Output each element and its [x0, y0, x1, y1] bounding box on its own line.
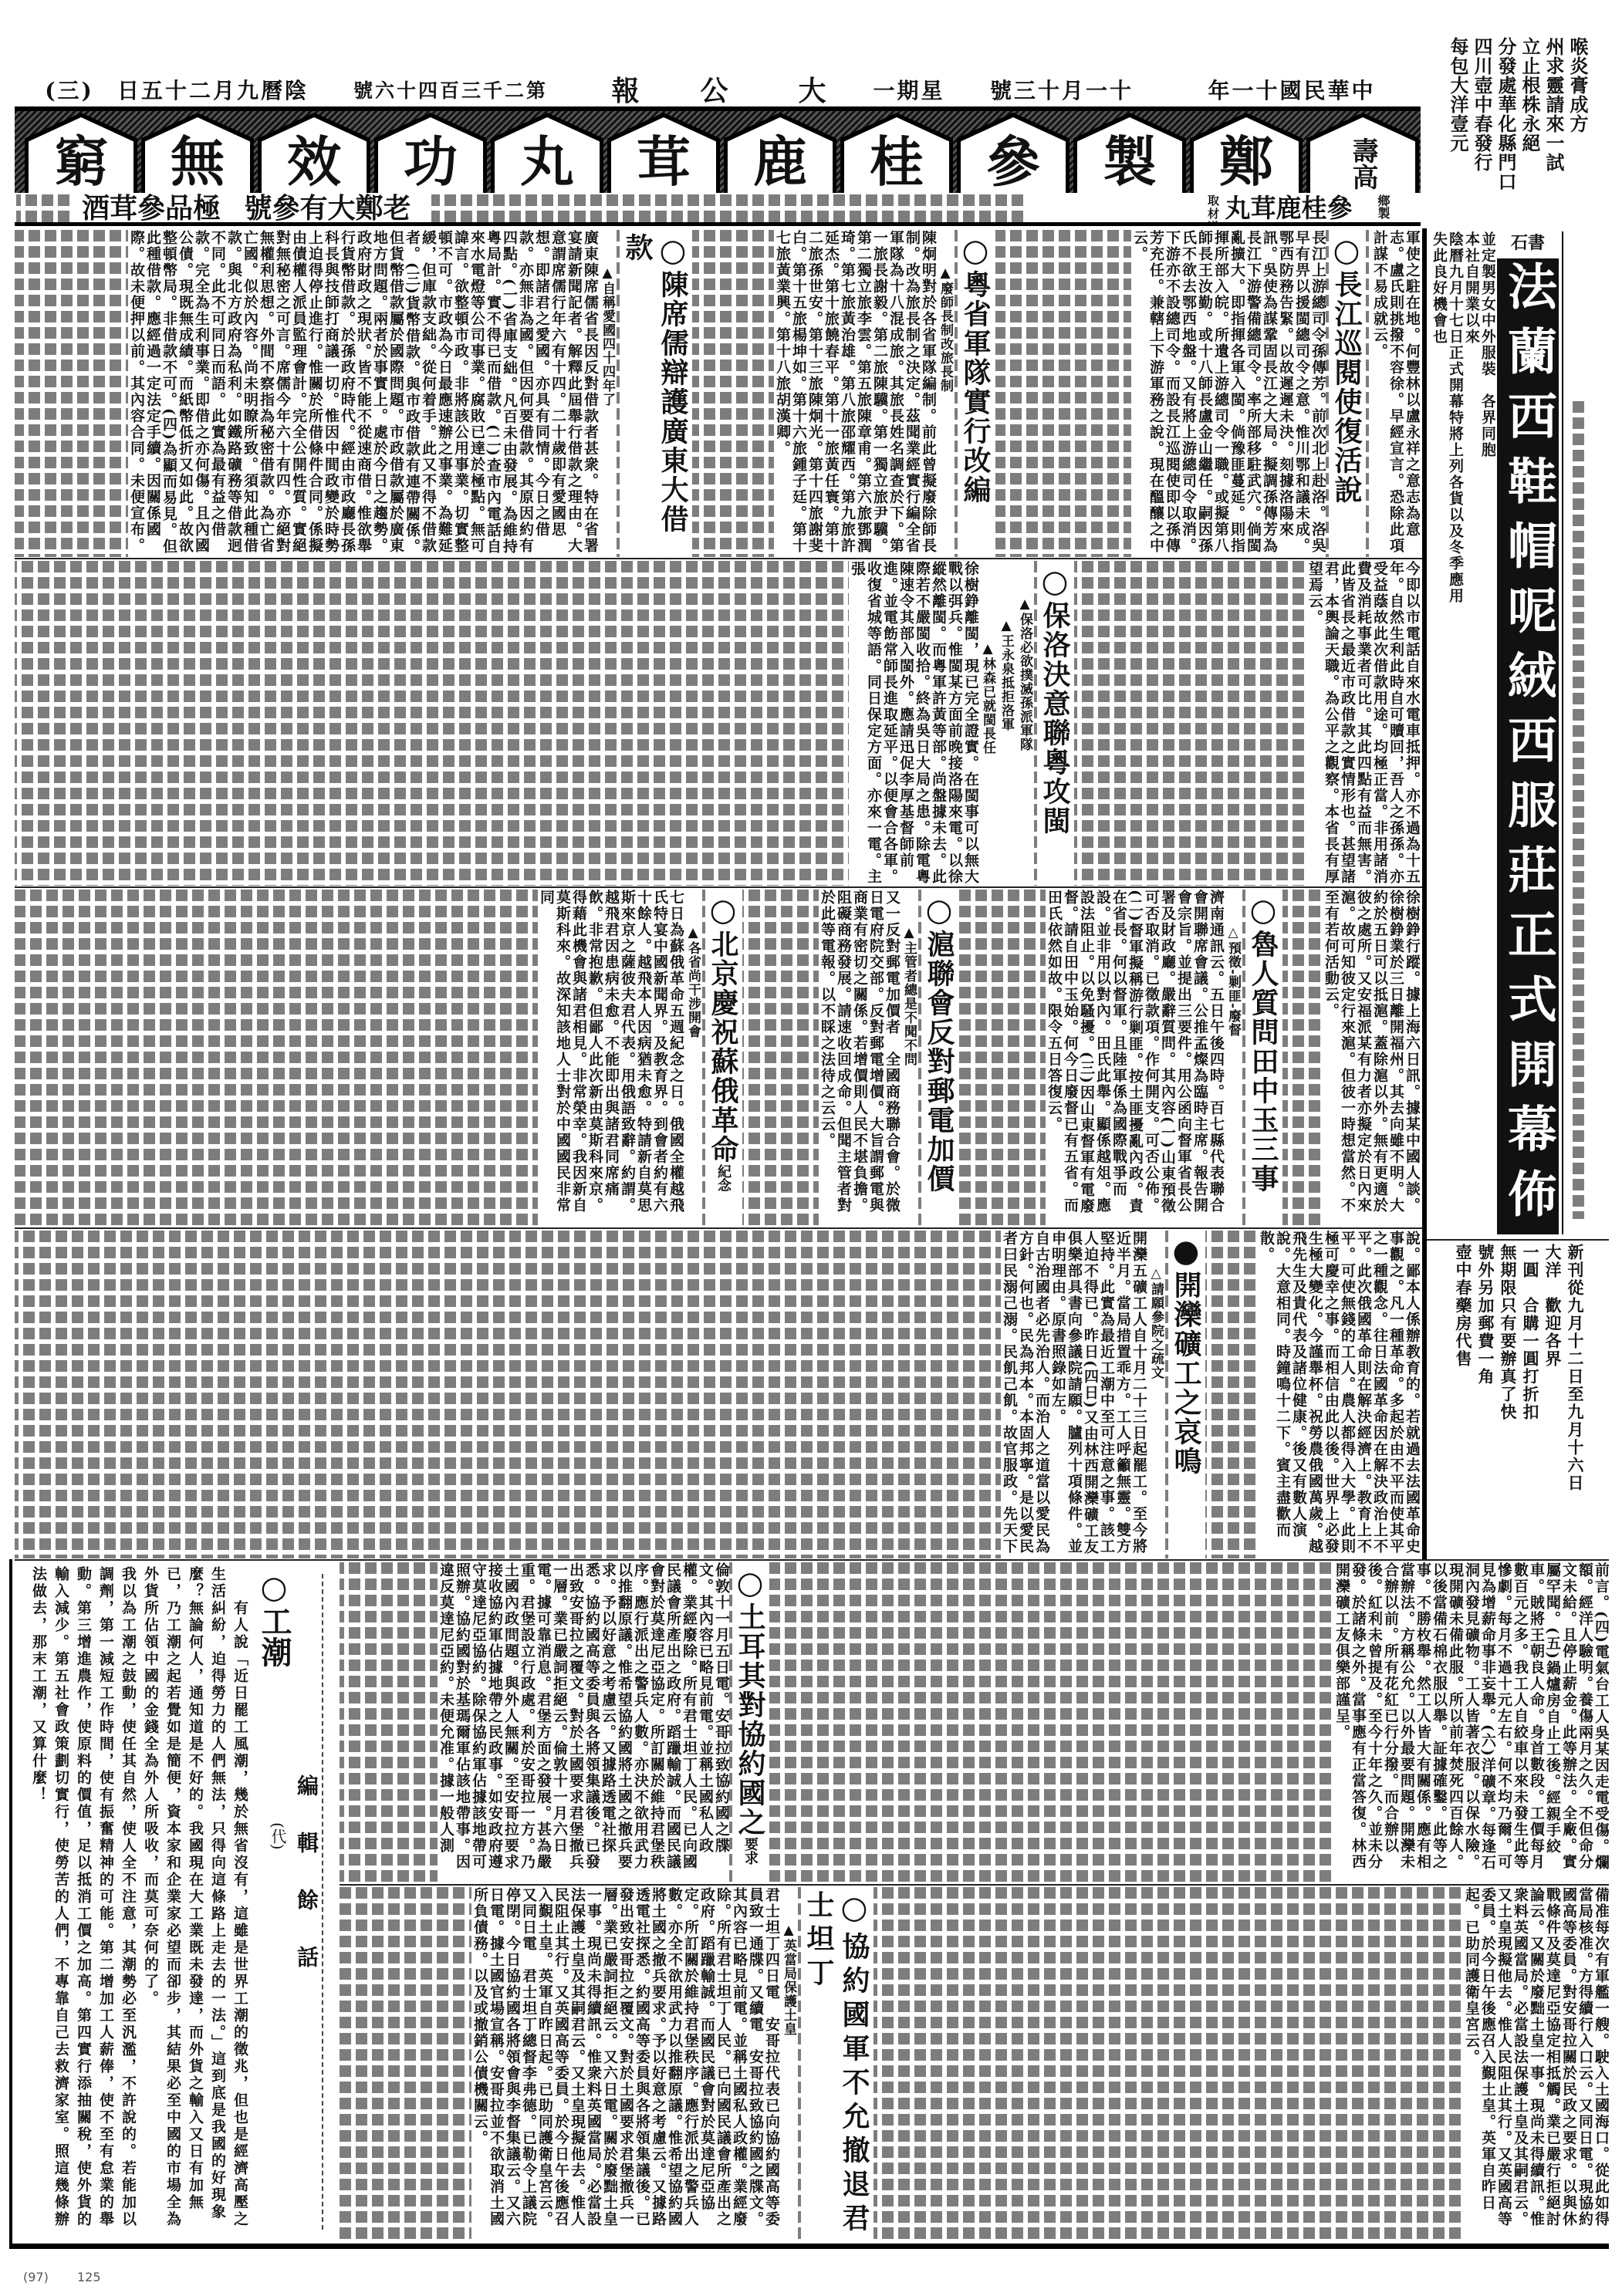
article-title-note: 要求: [742, 1837, 759, 1865]
tier-4: 說。鄙本人係辦教育的。若就過去法國革命史事觀之。凡一種革命。多起於由不平而使其平…: [0, 1231, 1622, 1558]
article-title: 開灤礦工之哀鳴: [1170, 1271, 1202, 1476]
article-subheading: ▲自稱愛國四十四年了: [598, 230, 617, 557]
article-title: 粵省軍隊實行改編: [959, 270, 992, 505]
article-heading: ○魯人質問田中玉三事: [1245, 890, 1281, 1227]
banner-advertisement: 壽高 鄭 製 參 桂 鹿 茸 丸 功 效 無 窮 鄉製 參桂鹿茸丸 取材道地製煉…: [15, 106, 1421, 226]
banner-text-strip: 鄉製 參桂鹿茸丸 取材道地製煉精良為滋補身體最有力之品 老鄭大有參號 極品參茸酒: [15, 193, 1421, 226]
illegible-small-print: [431, 194, 1026, 222]
bottom-rule: [9, 2244, 1609, 2249]
article-subheading: ▲主管者總是不聞不問: [900, 890, 918, 1227]
article-heading: ○保洛決意聯粵攻閩: [1037, 561, 1073, 886]
banner-char: 鄭: [1219, 131, 1273, 193]
article-subheading: ▲各省尚干涉開會: [684, 890, 702, 1227]
banner-product-name: 參桂鹿茸丸: [1223, 194, 1354, 222]
article-title: 長江巡閱使復活說: [1330, 270, 1363, 505]
editorial-separator: [322, 1574, 323, 2230]
banner-char: 窮: [54, 131, 108, 193]
article-title: 協約國軍不允撤退君士坦丁: [803, 1890, 870, 2237]
article-heading: ○土耳其對協約國之要求: [732, 1562, 768, 1882]
page-number: (三): [45, 77, 94, 105]
ad-column: 每包大洋壹元: [1446, 37, 1470, 199]
left-border: [9, 1559, 12, 2249]
article-subheading: △請願參院之疏文: [1147, 1231, 1165, 1558]
banner-char: 製: [1103, 131, 1157, 193]
banner-char: 效: [287, 131, 341, 193]
article-heading: ○粵省軍隊實行改編: [958, 230, 993, 557]
article-turkey-demands: ○土耳其對協約國之要求 倫敦十一月五日電。安哥拉致協約國之牒文。其內容已略見前電…: [340, 1562, 768, 1882]
continuation-text: 軍使之駐在地。何豐林以盧永祥之意志為意志。盧氏則挑撥不容徐。早經宣言。恐除此項計…: [1366, 230, 1420, 557]
article-subheading: △預徵-剿匪-廢督: [1224, 890, 1242, 1227]
filled-circle-marker-icon: ●: [1168, 1234, 1204, 1271]
issue-number: 第二千三百四十六號: [353, 77, 548, 105]
article-subheading: ▲林森已就閩長任: [978, 561, 997, 886]
circle-marker-icon: ○: [921, 893, 957, 930]
article-body: 今即以市電話自來水電車抵押。亦不過為十五年。自然生利此時自可贖回，吾人之孫孫。亦…: [1306, 561, 1420, 886]
article-body: 陳炯明對於各省軍隊編制。前此曾擬廢除師長制。改為旅長制之決定。茲聞業經實行編全省…: [774, 230, 936, 557]
article-body: 七日為蘇俄革命五週紀念之日。俄國全權越飛氏特宴中國新聞界。及教育界。到會者約有六…: [538, 890, 684, 1227]
tier-1: 軍使之駐在地。何豐林以盧永祥之意志為意志。盧氏則挑撥不容徐。早經宣言。恐除此項計…: [0, 230, 1622, 557]
article-shandong-questions: ○魯人質問田中玉三事 △預徵-剿匪-廢督 濟南通訊云。五日午後四時。百七縣代表聯…: [958, 890, 1281, 1227]
editorial-note: (代): [267, 1822, 287, 1869]
footer-volume: (97): [23, 2270, 49, 2284]
tier-divider: [15, 886, 1422, 888]
article-soviet-anniversary: ○北京慶祝蘇俄革命紀念 ▲各省尚干涉開會 七日為蘇俄革命五週紀念之日。俄國全權越…: [15, 890, 741, 1227]
banner-char: 茸: [637, 131, 691, 193]
article-body: 又一反對郵電加價者 全國商務聯合會。於微日電府院交部。反對郵電增價。大旨謂郵電與…: [819, 890, 900, 1227]
sub-row-divider: [340, 1884, 1609, 1886]
continuation-text: 今即以市電話自來水電車抵押。亦不過為十五年。自然生利此時自可贖回，吾人之孫孫。亦…: [1074, 561, 1420, 886]
article-body: 前言。(四)電氣台工人吳某因走電受傷。爛額。經洋人驗明。養傷兩月之久。不但命分文…: [1333, 1562, 1609, 1882]
editorial-heading: ○工潮: [253, 1570, 293, 1693]
banner-char: 壽高: [1347, 137, 1378, 190]
article-yangtze-inspector: ○長江巡閱使復活說 長江上游總司令孫傳芳。前次北上赴洛。洛吳早有畀以援閩總司令之…: [995, 230, 1364, 557]
banner-char: 參: [986, 131, 1040, 193]
article-guangdong-loan: ○陳席儒辯護廣東大借款 ▲自稱愛國四十四年了 廣東陳席儒省長因反對借款者甚衆。特…: [15, 230, 691, 557]
gregorian-month-day: 十一月十三號: [988, 77, 1136, 105]
article-baoding-luoyang-fujian: ○保洛決意聯粵攻閩 ▲保洛必欲撲滅孫派軍隊 ▲王永泉抵拒洛軍 ▲林森已就閩長任 …: [15, 561, 1073, 886]
ad-column: 分發處華化縣門口: [1494, 37, 1518, 199]
article-allies-constantinople: ○協約國軍不允撤退君士坦丁 ▲英當局保護土皇 君士坦丁四日電 安哥拉代表已向協約…: [340, 1887, 872, 2242]
continuation-text: 徐樹錚行蹤。據上海六日訊。據某中國人談。徐樹錚業於三日離開福州。其去向雖不明。大…: [1282, 890, 1420, 1227]
banner-char: 丸: [520, 131, 574, 193]
article-kailuan-miners: ●開灤礦工之哀鳴 △請願參院之疏文 開灤五礦工人自十月二十三日起罷工。至今將近半…: [15, 1231, 1204, 1558]
circle-marker-icon: ○: [836, 1890, 872, 1932]
article-postal-rate-protest: ○滬聯會反對郵電加價 ▲主管者總是不聞不問 又一反對郵電加價者 全國商務聯合會。…: [742, 890, 957, 1227]
masthead-char-gong: 公: [698, 77, 732, 105]
article-heading: ○長江巡閱使復活說: [1329, 230, 1364, 557]
circle-marker-icon: ○: [732, 1565, 768, 1602]
article-subheading: ▲廢師長制改旅長制: [936, 230, 955, 557]
banner-char: 無: [171, 131, 225, 193]
banner-tag: 鄉製: [1359, 194, 1390, 222]
tier-divider: [15, 558, 1422, 559]
article-body: 長江上游總司令孫傳芳。前次北上赴洛。洛吳早有畀以援閩總司令之意。惟川鄂和議未成。…: [1131, 230, 1326, 557]
illegible-small-print: [16, 194, 72, 222]
ad-column: 州求靈請來一試: [1542, 37, 1566, 199]
continuation-text: 前言。(四)電氣台工人吳某因走電受傷。爛額。經洋人驗明。養傷兩月之久。不但命分文…: [769, 1562, 1609, 1882]
article-title: 北京慶祝蘇俄革命: [707, 930, 739, 1164]
article-heading: ○滬聯會反對郵電加價: [921, 890, 957, 1227]
continuation-text: 備准每次有軍艦一艘。駛入土國海口。從此如得當局核准。方得續行入口云。又同日電。現…: [874, 1887, 1609, 2242]
article-title: 陳席儒辯護廣東大借款: [621, 233, 689, 534]
tier-divider: [15, 1559, 1609, 1561]
article-body: 軍使之駐在地。何豐林以盧永祥之意志為意志。盧氏則挑撥不容徐。早經宣言。恐除此項計…: [1371, 230, 1420, 557]
editorial-title: 工潮: [256, 1606, 292, 1667]
ad-column: 立止根株永絕: [1518, 37, 1542, 199]
article-title-note: 紀念: [715, 1164, 732, 1192]
article-heading: ○陳席儒辯護廣東大借款: [620, 230, 691, 557]
masthead-char-da: 大: [796, 77, 830, 105]
ad-column: 四川壺中春發行: [1470, 37, 1494, 199]
article-body: 倫敦十一月五日電。安哥拉致協約國之牒文。其內容已略見前電。並稱土國私人政權。業經…: [438, 1562, 729, 1882]
circle-marker-icon: ○: [1329, 233, 1364, 270]
circle-marker-icon: ○: [1037, 564, 1073, 601]
circle-marker-icon: ○: [1245, 893, 1281, 930]
editorial-section-label: 編輯餘話: [292, 1774, 319, 2029]
tier-divider: [15, 1227, 1422, 1229]
article-body: 濟南通訊云。五日午後四時。百七縣代表聯合會開聯席會議。公推孟燦為臨時主席。報告開…: [1046, 890, 1224, 1227]
newspaper-page: (三) 陰曆九月二十五日 第二千三百四十六號 報 公 大 星期一 十一月十三號 …: [0, 0, 1622, 2296]
article-guangdong-army-reorg: ○粵省軍隊實行改編 ▲廢師長制改旅長制 陳炯明對於各省軍隊編制。前此曾擬廢除師長…: [692, 230, 993, 557]
banner-char: 鹿: [753, 131, 807, 193]
article-subheading: ▲英當局保護土皇: [779, 1887, 798, 2242]
top-right-medicine-ad: 喉炎膏成方 州求靈請來一試 立止根株永絕 分發處華化縣門口 四川壺中春發行 每包…: [1441, 37, 1590, 199]
article-body: 說。鄙本人係辦教育的。若就過去法國革命史事觀之。凡一種革命。多起於由不平而使其平…: [1258, 1231, 1420, 1558]
lunar-date: 陰曆九月二十五日: [116, 77, 310, 105]
article-subheading: ▲王永泉抵拒洛軍: [997, 561, 1015, 886]
editorial-body: 有人說「近日罷工風潮，幾於無省沒有，這雖是世界工潮的徵兆，但也是經濟高壓之生活糾…: [15, 1566, 251, 2239]
article-title: 魯人質問田中玉三事: [1247, 930, 1279, 1194]
article-body: 開灤五礦工人自十月二十三日起罷工。至今將近半月。當局措置乖方。工人呼籲無靈。雙方…: [1001, 1231, 1147, 1558]
article-heading: ○北京慶祝蘇俄革命紀念: [705, 890, 741, 1227]
article-title: 保洛決意聯粵攻閩: [1039, 601, 1071, 836]
banner-wine: 極品參茸酒: [77, 194, 225, 222]
republic-year: 中華民國十一年: [1201, 77, 1383, 105]
circle-marker-icon: ○: [655, 233, 691, 270]
footer-page-number: 125: [77, 2270, 101, 2284]
banner-char: 桂: [870, 131, 924, 193]
article-title: 滬聯會反對郵電加價: [923, 930, 955, 1194]
tier-2: 今即以市電話自來水電車抵押。亦不過為十五年。自然生利此時自可贖回，吾人之孫孫。亦…: [0, 561, 1622, 886]
masthead-char-bao: 報: [610, 77, 644, 105]
article-body: 徐樹錚行蹤。據上海六日訊。據某中國人談。徐樹錚業於三日離開福州。其去向雖不明。大…: [1323, 890, 1420, 1227]
article-body: 君士坦丁四日電 安哥拉代表已向協約國高等委員致一通牒。又續電 安哥拉致協約國之牒…: [471, 1887, 779, 2242]
article-body: 徐樹錚離閩，現已完全證實。在閩事可以無大戰以弭兵。惟閩某方面前晚接洛陽來電。以徐…: [849, 561, 978, 886]
article-title: 土耳其對協約國之: [734, 1602, 766, 1837]
ad-column: 喉炎膏成方: [1566, 37, 1590, 199]
article-body: 廣東陳席儒省長因反對借款者甚衆。特在省署宴請新聞記者。解釋此屆舉行借款之理由。大…: [128, 230, 598, 557]
weekday: 星期一: [870, 77, 948, 105]
article-subheading: ▲保洛必欲撲滅孫派軍隊: [1015, 561, 1034, 886]
circle-marker-icon: ○: [958, 233, 993, 270]
banner-blurb: 取材道地製煉精良為滋補身體最有力之品: [1041, 194, 1220, 222]
article-heading: ○協約國軍不允撤退君士坦丁: [801, 1887, 872, 2242]
banner-char: 功: [404, 131, 458, 193]
banner-shop-name: 老鄭大有參號: [233, 194, 422, 222]
tier-3: 徐樹錚行蹤。據上海六日訊。據某中國人談。徐樹錚業於三日離開福州。其去向雖不明。大…: [0, 890, 1622, 1227]
circle-marker-icon: ○: [256, 1570, 292, 1606]
article-body: 備准每次有軍艦一艘。駛入土國海口。從此如得當局核准。方得續行入口云。又同日電。現…: [1463, 1887, 1609, 2242]
circle-marker-icon: ○: [705, 893, 741, 930]
continuation-text: 說。鄙本人係辦教育的。若就過去法國革命史事觀之。凡一種革命。多起於由不平而使其平…: [1205, 1231, 1420, 1558]
article-heading: ●開灤礦工之哀鳴: [1168, 1231, 1204, 1558]
